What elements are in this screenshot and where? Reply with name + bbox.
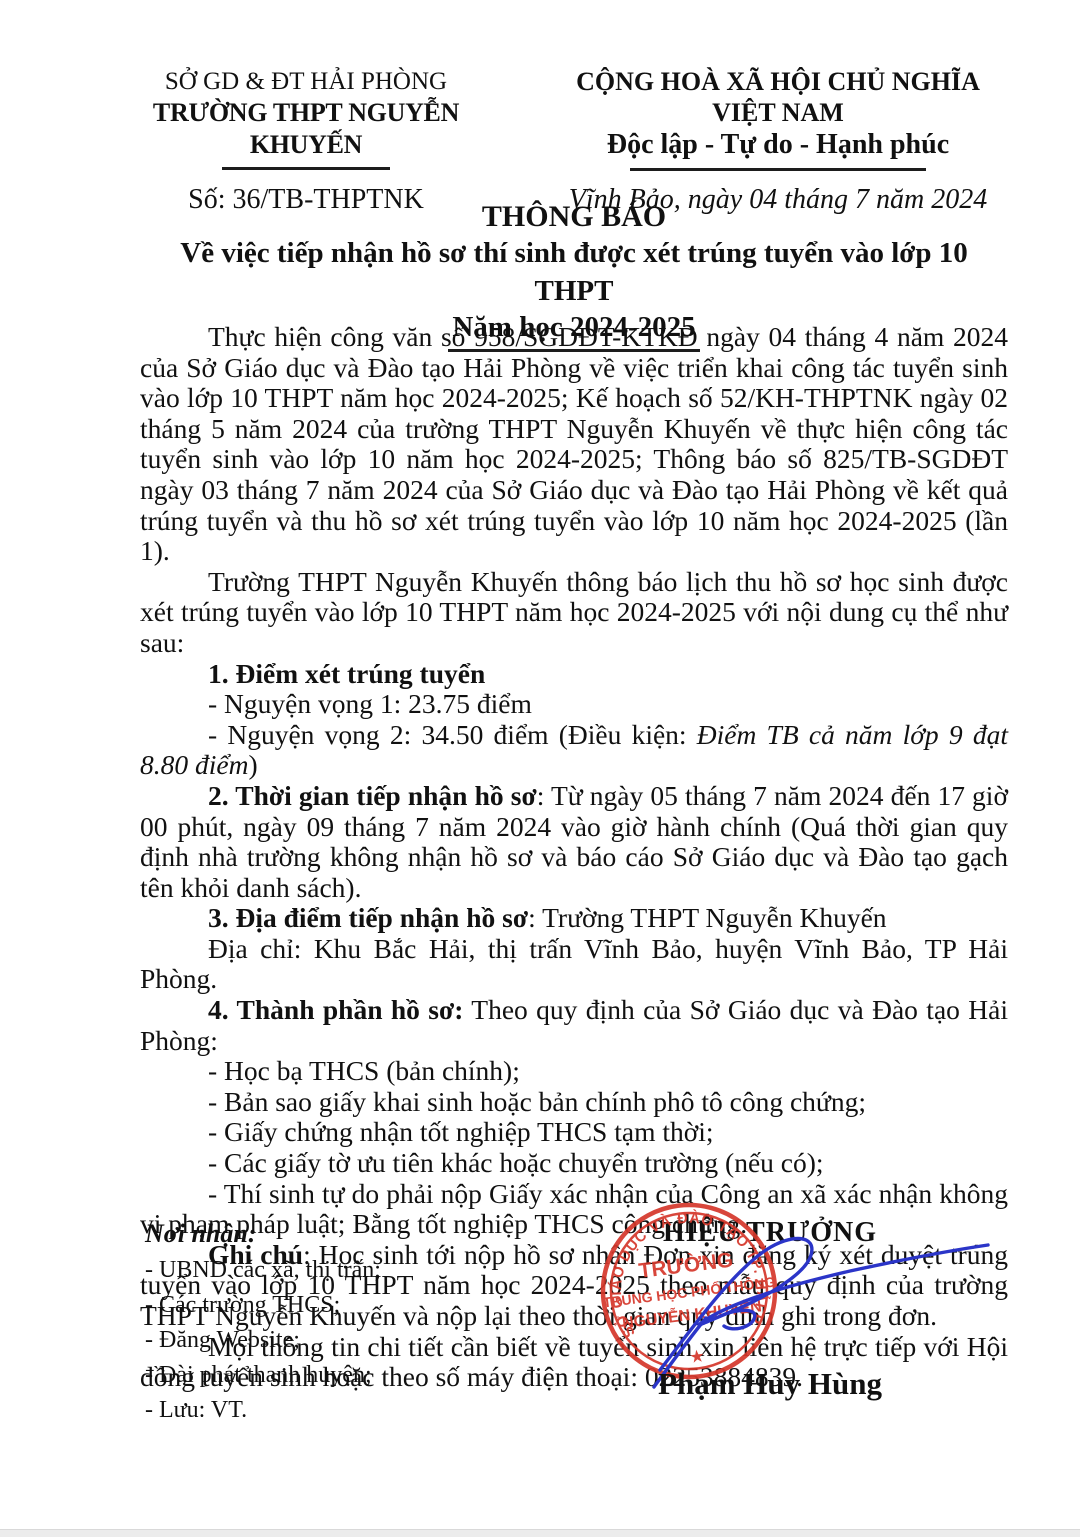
recipients-title: Nơi nhận: bbox=[145, 1216, 381, 1251]
body-paragraph: - Giấy chứng nhận tốt nghiệp THCS tạm th… bbox=[140, 1117, 1008, 1148]
national-motto: Độc lập - Tự do - Hạnh phúc bbox=[548, 128, 1008, 162]
body-paragraph: - Nguyện vọng 1: 23.75 điểm bbox=[140, 689, 1008, 720]
document-title: THÔNG BÁO bbox=[140, 200, 1008, 234]
text-run: - Nguyện vọng 1: 23.75 điểm bbox=[208, 688, 532, 719]
body-paragraph: Trường THPT Nguyễn Khuyến thông báo lịch… bbox=[140, 567, 1008, 659]
text-run: - Học bạ THCS (bản chính); bbox=[208, 1055, 520, 1086]
text-run: Địa chỉ: Khu Bắc Hải, thị trấn Vĩnh Bảo,… bbox=[140, 933, 1008, 995]
org-underline-rule bbox=[222, 167, 390, 170]
recipient-item: - Đăng Website; bbox=[145, 1323, 381, 1358]
document-subtitle: Về việc tiếp nhận hồ sơ thí sinh được xé… bbox=[140, 234, 1008, 310]
body-paragraph: - Học bạ THCS (bản chính); bbox=[140, 1056, 1008, 1087]
body-paragraph: 1. Điểm xét trúng tuyển bbox=[140, 659, 1008, 690]
recipients-block: Nơi nhận: - UBND các xã, thị trấn;- Các … bbox=[145, 1216, 381, 1428]
parent-org-name: SỞ GD & ĐT HẢI PHÒNG bbox=[140, 66, 472, 97]
recipient-item: - UBND các xã, thị trấn; bbox=[145, 1253, 381, 1288]
text-run: 2. Thời gian tiếp nhận hồ sơ bbox=[208, 780, 537, 811]
text-run: Thực hiện công văn số 958/SGDĐT-KTKĐ ngà… bbox=[140, 321, 1008, 566]
text-run: - Các giấy tờ ưu tiên khác hoặc chuyển t… bbox=[208, 1147, 824, 1178]
recipient-item: - Lưu: VT. bbox=[145, 1393, 381, 1428]
text-run: : Trường THPT Nguyễn Khuyến bbox=[528, 902, 886, 933]
recipient-item: - Đài phát thanh huyện; bbox=[145, 1358, 381, 1393]
body-paragraph: - Nguyện vọng 2: 34.50 điểm (Điều kiện: … bbox=[140, 720, 1008, 781]
text-run: 4. Thành phần hồ sơ: bbox=[208, 994, 463, 1025]
text-run: ) bbox=[248, 749, 257, 780]
text-run: Trường THPT Nguyễn Khuyến thông báo lịch… bbox=[140, 566, 1008, 658]
signature-main-stroke bbox=[660, 1239, 988, 1370]
body-paragraph: - Bản sao giấy khai sinh hoặc bản chính … bbox=[140, 1087, 1008, 1118]
recipients-list: - UBND các xã, thị trấn;- Các trường THC… bbox=[145, 1253, 381, 1428]
national-title: CỘNG HOÀ XÃ HỘI CHỦ NGHĨA VIỆT NAM bbox=[548, 66, 1008, 128]
recipient-item: - Các trường THCS; bbox=[145, 1288, 381, 1323]
text-run: 1. Điểm xét trúng tuyển bbox=[208, 658, 485, 689]
motto-underline-rule bbox=[630, 168, 926, 171]
signer-name: Phạm Huy Hùng bbox=[580, 1366, 960, 1402]
body-paragraph: Thực hiện công văn số 958/SGDĐT-KTKĐ ngà… bbox=[140, 322, 1008, 567]
document-header: SỞ GD & ĐT HẢI PHÒNG TRƯỜNG THPT NGUYỄN … bbox=[140, 66, 1008, 216]
text-run: 3. Địa điểm tiếp nhận hồ sơ bbox=[208, 902, 528, 933]
text-run: - Bản sao giấy khai sinh hoặc bản chính … bbox=[208, 1086, 866, 1117]
national-motto-block: CỘNG HOÀ XÃ HỘI CHỦ NGHĨA VIỆT NAM Độc l… bbox=[548, 66, 1008, 216]
official-document-page: SỞ GD & ĐT HẢI PHÒNG TRƯỜNG THPT NGUYỄN … bbox=[0, 0, 1080, 1537]
signature-flourish-stroke bbox=[724, 1310, 755, 1329]
school-name: TRƯỜNG THPT NGUYỄN KHUYẾN bbox=[140, 97, 472, 161]
body-paragraph: 2. Thời gian tiếp nhận hồ sơ: Từ ngày 05… bbox=[140, 781, 1008, 903]
body-paragraph: 3. Địa điểm tiếp nhận hồ sơ: Trường THPT… bbox=[140, 903, 1008, 934]
body-paragraph: 4. Thành phần hồ sơ: Theo quy định của S… bbox=[140, 995, 1008, 1056]
text-run: - Giấy chứng nhận tốt nghiệp THCS tạm th… bbox=[208, 1116, 714, 1147]
viewer-bottom-edge bbox=[0, 1529, 1080, 1537]
issuing-org-block: SỞ GD & ĐT HẢI PHÒNG TRƯỜNG THPT NGUYỄN … bbox=[140, 66, 472, 216]
body-paragraph: - Các giấy tờ ưu tiên khác hoặc chuyển t… bbox=[140, 1148, 1008, 1179]
body-paragraph: Địa chỉ: Khu Bắc Hải, thị trấn Vĩnh Bảo,… bbox=[140, 934, 1008, 995]
text-run: - Nguyện vọng 2: 34.50 điểm (Điều kiện: bbox=[208, 719, 697, 750]
